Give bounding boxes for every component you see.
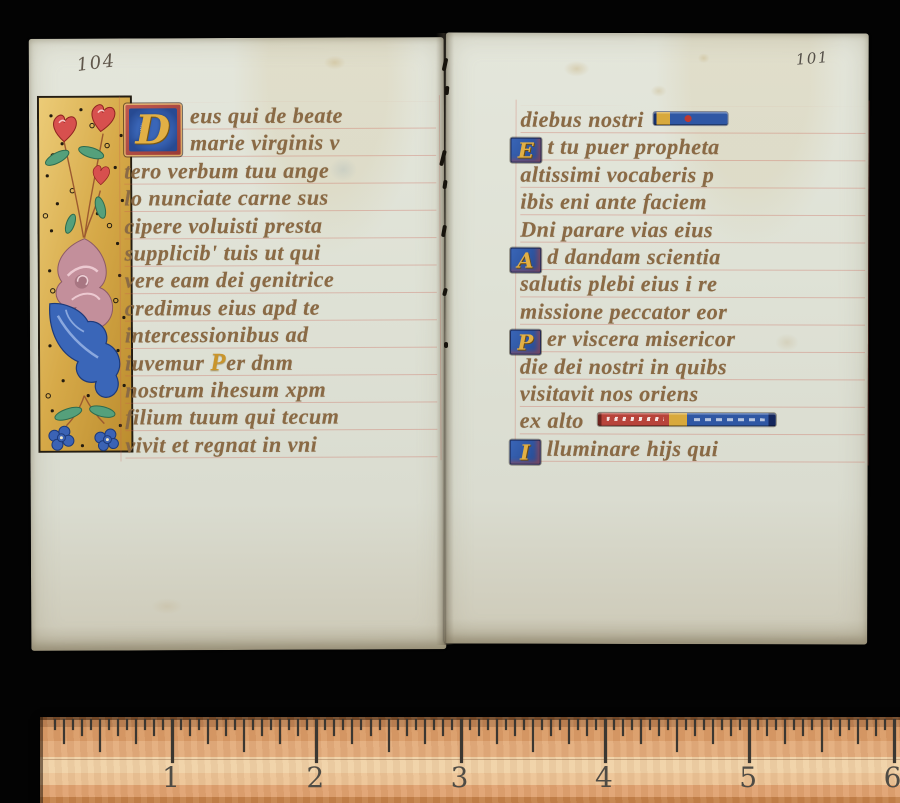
ruler-tick [866, 719, 868, 730]
ruler-tick [90, 719, 92, 730]
ruler-tick [775, 719, 777, 730]
manuscript-text: visitavit nos oriens [520, 381, 699, 406]
ruler-tick [821, 719, 823, 752]
ruler-tick [324, 719, 326, 730]
manuscript-line: vivit et regnat in vni [125, 430, 437, 459]
ruler-tick [261, 719, 263, 736]
ruler-tick [523, 719, 525, 730]
manuscript-line: intercessionibus ad [125, 320, 437, 349]
manuscript-text: lo nunciate carne sus [124, 185, 328, 211]
manuscript-text: intercessionibus ad [125, 322, 309, 348]
initial-ground: D [129, 108, 177, 151]
manuscript-line: Per viscera misericor [520, 325, 865, 353]
ruler-tick [442, 719, 444, 736]
right-text-block: diebus nostriEt tu puer prophetaaltissim… [520, 106, 866, 464]
manuscript-text: tero verbum tuu ange [124, 157, 329, 183]
ruler-tick [739, 719, 741, 730]
stain [651, 85, 667, 97]
ruler-tick [288, 719, 290, 730]
ruler-tick [793, 719, 795, 730]
manuscript-text: vere eam dei genitrice [125, 267, 335, 293]
ruler-tick [270, 719, 272, 730]
ruler-tick [667, 719, 669, 730]
ruler-tick [433, 719, 435, 730]
ruler-tick [496, 719, 498, 744]
ruler-tick [848, 719, 850, 730]
ruler-number: 3 [451, 761, 469, 794]
ruler-tick [360, 719, 362, 730]
manuscript-line: Dni parare vias eius [520, 215, 865, 243]
manuscript-text: cipere voluisti presta [124, 212, 322, 238]
illuminated-initial: E [510, 138, 541, 163]
ruler-tick [171, 719, 174, 763]
ruler-tick [595, 719, 597, 730]
manuscript-text: salutis plebi eius i re [520, 271, 717, 297]
manuscript-line: Et tu puer propheta [520, 133, 865, 161]
ruler-tick [126, 719, 128, 730]
ruler-tick [451, 719, 453, 730]
ruler-tick [424, 719, 426, 744]
ruler-tick [252, 719, 254, 730]
manuscript-text: credimus eius apd te [125, 294, 320, 320]
manuscript-text: d dandam scientia [547, 244, 721, 269]
manuscript-line: altissimi vocaberis p [520, 160, 865, 188]
ruler-tick [153, 719, 155, 736]
ruler-tick [180, 719, 182, 730]
ruler-tick [640, 719, 642, 744]
ruler-tick [884, 719, 886, 730]
manuscript-line: filium tuum qui tecum [125, 402, 437, 431]
manuscript-line: credimus eius apd te [125, 293, 437, 322]
manuscript-text: er viscera misericor [547, 326, 735, 351]
manuscript-line: nostrum ihesum xpm [125, 375, 437, 404]
manuscript-line: tero verbum tuu ange [124, 156, 436, 185]
ruler-tick [893, 719, 896, 763]
ruler-tick [478, 719, 480, 736]
ruler-tick [784, 719, 786, 744]
ruler-tick [108, 719, 110, 730]
ruler-tick [117, 719, 119, 736]
ruler-tick [757, 719, 759, 730]
ruler-tick [703, 719, 705, 730]
gilded-letter: P [210, 349, 226, 376]
ruler-tick [225, 719, 227, 736]
ruler-tick [315, 719, 318, 763]
ruler-tick [622, 719, 624, 736]
wooden-ruler: 123456 [40, 717, 900, 803]
ruler-tick [342, 719, 344, 730]
stain [564, 61, 590, 77]
ruler-tick [279, 719, 281, 744]
manuscript-text: missione peccator eor [520, 298, 727, 324]
ruler-tick [469, 719, 471, 730]
manuscript-text: Dni parare vias eius [520, 216, 713, 242]
left-text-block: eus qui de beatemarie virginis vtero ver… [124, 101, 438, 459]
illuminated-initial: D [124, 103, 182, 156]
ruler-tick [721, 719, 723, 730]
stain [151, 598, 183, 614]
manuscript-text: lluminare hijs qui [547, 435, 719, 460]
ruler-tick [694, 719, 696, 736]
manuscript-text: t tu puer propheta [547, 134, 719, 159]
ruler-tick [577, 719, 579, 730]
ruler-tick [505, 719, 507, 730]
manuscript-line: missione peccator eor [520, 297, 865, 325]
manuscript-line: die dei nostri in quibs [520, 352, 865, 380]
ruler-tick [198, 719, 200, 730]
manuscript-text: er dnm [226, 349, 293, 374]
manuscript-text: supplicib' tuis ut qui [125, 240, 321, 266]
ruler-tick [487, 719, 489, 730]
ruler-tick [99, 719, 101, 752]
ruler-tick [333, 719, 335, 736]
manuscript-line: vere eam dei genitrice [125, 265, 437, 294]
right-page: 101 diebus nostriEt tu puer prophetaalti… [444, 32, 869, 644]
ruler-tick [406, 719, 408, 736]
ruler-number: 4 [595, 761, 613, 794]
ruler-tick [802, 719, 804, 736]
book-gutter [436, 33, 454, 645]
ruler-number: 1 [162, 761, 180, 794]
photo-scene: 104 [0, 0, 900, 803]
ruler-tick [811, 719, 813, 730]
manuscript-text: die dei nostri in quibs [520, 353, 727, 379]
ruler-tick [162, 719, 164, 730]
ruler-tick [243, 719, 245, 752]
ruler-tick [351, 719, 353, 744]
manuscript-line: salutis plebi eius i re [520, 270, 865, 298]
ruler-tick [568, 719, 570, 744]
manuscript-line: cipere voluisti presta [124, 211, 436, 240]
ruler-tick [81, 719, 83, 736]
manuscript-text: altissimi vocaberis p [520, 161, 714, 187]
manuscript-line: ibis eni ante faciem [520, 188, 865, 216]
manuscript-text: filium tuum qui tecum [125, 404, 339, 430]
manuscript-text: diebus nostri [521, 107, 644, 132]
ruler-tick [830, 719, 832, 730]
line-filler [654, 112, 728, 125]
manuscript-text: iuvemur [125, 350, 210, 375]
manuscript-text: vivit et regnat in vni [125, 431, 317, 457]
ruler-tick [613, 719, 615, 730]
ruler-tick [63, 719, 65, 744]
ruler-tick [234, 719, 236, 730]
manuscript-line: supplicib' tuis ut qui [125, 238, 437, 267]
ruler-tick [379, 719, 381, 730]
ruler-tick [216, 719, 218, 730]
ruler-tick [135, 719, 137, 744]
ruler-tick [839, 719, 841, 736]
ruler-tick [712, 719, 714, 744]
ruler-tick [748, 719, 751, 763]
ruler-tick [676, 719, 678, 752]
ruler-tick [370, 719, 372, 736]
ruler-tick [54, 719, 56, 730]
folio-number: 101 [795, 48, 830, 69]
ruler-tick [685, 719, 687, 730]
ruler-tick [514, 719, 516, 736]
manuscript-text: eus qui de beate [190, 103, 343, 129]
sewing-stitch [444, 342, 448, 348]
manuscript-line: ex alto [520, 407, 865, 435]
ruler-number: 6 [884, 761, 900, 794]
ruler-tick [604, 719, 607, 763]
manuscript-line: lo nunciate carne sus [124, 183, 436, 212]
manuscript-text: ex alto [520, 408, 584, 433]
ruler-tick [875, 719, 877, 736]
manuscript-line: iuvemur Per dnm [125, 348, 437, 377]
ruler-number: 5 [739, 761, 757, 794]
ruler-tick [550, 719, 552, 736]
ruler-tick [586, 719, 588, 736]
manuscript-line: diebus nostri [521, 106, 866, 134]
ruler-tick [388, 719, 390, 752]
ruler-tick [397, 719, 399, 730]
ruler-tick [631, 719, 633, 730]
illuminated-initial: P [510, 330, 541, 355]
ruler-tick [658, 719, 660, 736]
ruler-tick [72, 719, 74, 730]
ruler-tick [415, 719, 417, 730]
manuscript-text: nostrum ihesum xpm [125, 377, 326, 403]
folio-number: 104 [76, 50, 117, 76]
ruler-tick [207, 719, 209, 744]
manuscript-line: visitavit nos oriens [520, 380, 865, 408]
manuscript-line: Illuminare hijs qui [520, 434, 865, 462]
ruler-tick [649, 719, 651, 730]
ruler-tick [541, 719, 543, 730]
ruler-number: 2 [306, 761, 324, 794]
illuminated-initial: A [510, 248, 541, 273]
ruler-tick [559, 719, 561, 730]
line-filler [598, 413, 776, 426]
manuscript-text: marie virginis v [190, 130, 340, 156]
stain [324, 56, 346, 70]
ruler-tick [730, 719, 732, 736]
left-page: 104 [29, 37, 447, 651]
ruler-tick [857, 719, 859, 744]
stain [698, 53, 710, 63]
illuminated-initial: I [510, 439, 541, 464]
manuscript-text: ibis eni ante faciem [520, 189, 707, 214]
ruler-tick [460, 719, 463, 763]
ruler-tick [144, 719, 146, 730]
ruler-tick [189, 719, 191, 736]
ruler-tick [306, 719, 308, 730]
sewing-stitch [445, 86, 450, 95]
ruler-tick [766, 719, 768, 736]
ruler-tick [532, 719, 534, 752]
manuscript-line: Ad dandam scientia [520, 243, 865, 271]
initial-letter: D [135, 110, 170, 150]
ruler-tick [297, 719, 299, 736]
